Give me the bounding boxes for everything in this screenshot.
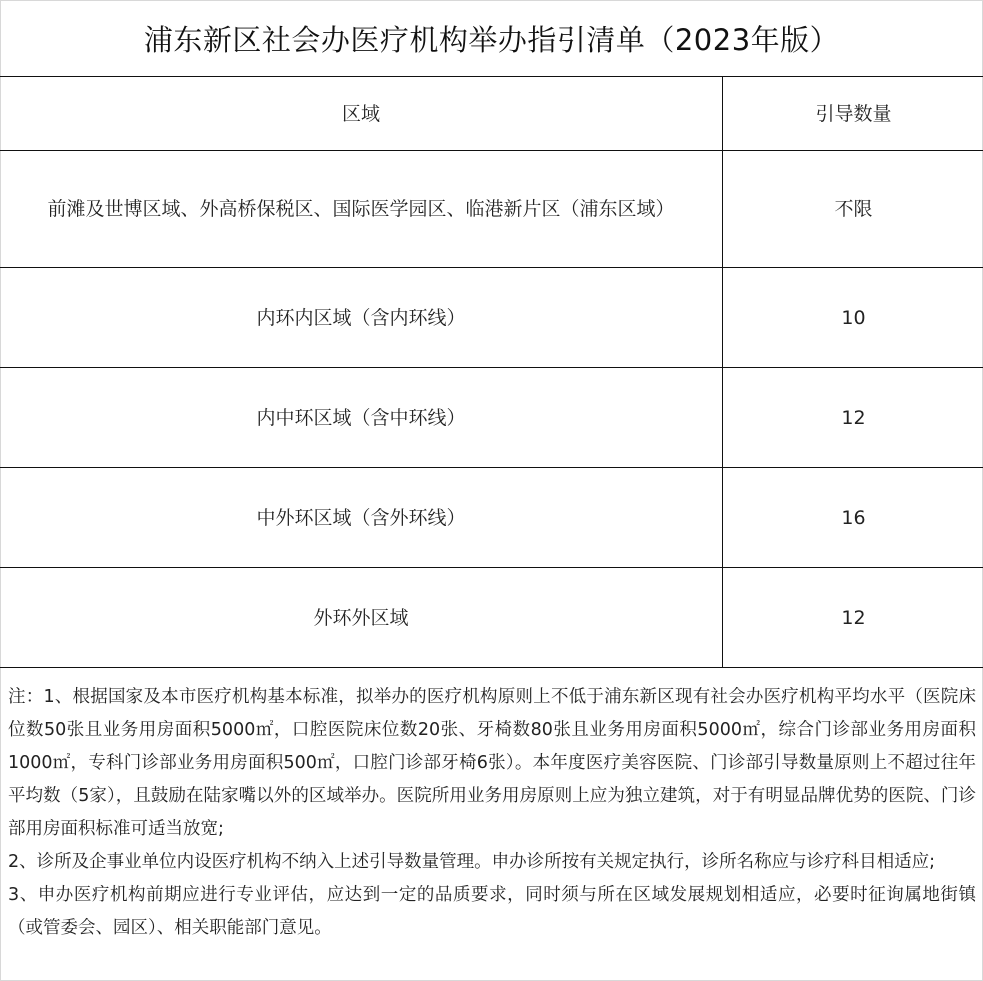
note-1: 注：1、根据国家及本市医疗机构基本标准，拟举办的医疗机构原则上不低于浦东新区现有… [8,681,976,846]
table-header-row: 区域 引导数量 [0,77,983,151]
count-cell: 16 [723,468,983,568]
region-cell: 外环外区域 [0,568,723,668]
table-row: 前滩及世博区域、外高桥保税区、国际医学园区、临港新片区（浦东区域） 不限 [0,151,983,268]
region-cell: 内中环区域（含中环线） [0,368,723,468]
count-cell: 不限 [723,151,983,268]
table-row: 中外环区域（含外环线） 16 [0,468,983,568]
count-cell: 12 [723,568,983,668]
count-cell: 10 [723,268,983,368]
region-cell: 内环内区域（含内环线） [0,268,723,368]
guidance-table: 区域 引导数量 前滩及世博区域、外高桥保税区、国际医学园区、临港新片区（浦东区域… [0,76,983,668]
notes-section: 注：1、根据国家及本市医疗机构基本标准，拟举办的医疗机构原则上不低于浦东新区现有… [8,681,976,945]
header-count: 引导数量 [723,77,983,151]
table-row: 内环内区域（含内环线） 10 [0,268,983,368]
note-3: 3、申办医疗机构前期应进行专业评估，应达到一定的品质要求，同时须与所在区域发展规… [8,879,976,945]
region-cell: 前滩及世博区域、外高桥保税区、国际医学园区、临港新片区（浦东区域） [0,151,723,268]
header-region: 区域 [0,77,723,151]
table-row: 内中环区域（含中环线） 12 [0,368,983,468]
document-title: 浦东新区社会办医疗机构举办指引清单（2023年版） [0,0,983,76]
count-cell: 12 [723,368,983,468]
region-cell: 中外环区域（含外环线） [0,468,723,568]
note-2: 2、诊所及企事业单位内设医疗机构不纳入上述引导数量管理。申办诊所按有关规定执行，… [8,846,976,879]
table-row: 外环外区域 12 [0,568,983,668]
